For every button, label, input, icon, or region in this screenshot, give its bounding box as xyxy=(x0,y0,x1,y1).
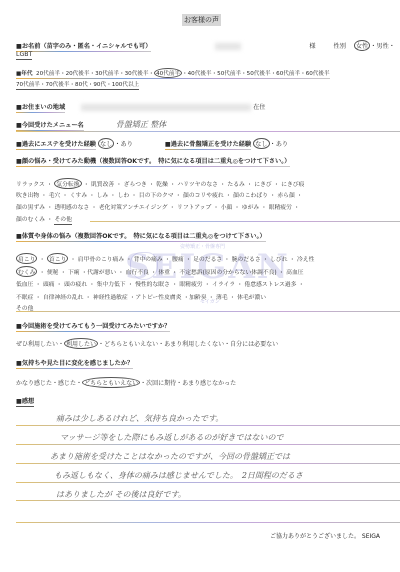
age-option[interactable]: 30代前半 xyxy=(95,71,119,77)
age-option[interactable]: 70代前半 xyxy=(16,82,40,88)
age-option[interactable]: 100代以上 xyxy=(112,82,139,88)
esthe-none-selected[interactable]: なし xyxy=(98,138,114,149)
face-options-line1: リラックス ・ 気分転換 ・ 肌質改善 ・ ざらつき ・ 乾燥 ・ ハリツヤのな… xyxy=(16,178,304,189)
face-option-selected[interactable]: 気分転換 xyxy=(54,178,81,189)
gender-male[interactable]: 男性 xyxy=(376,43,388,50)
menu-underline xyxy=(16,131,400,132)
age-option[interactable]: 50代後半 xyxy=(247,71,271,77)
age-option-selected[interactable]: 40代前半 xyxy=(154,68,182,78)
repeat-section-label: ■今回施術を受けてみてもう一回受けてみたいですか？ xyxy=(16,323,170,332)
age-option[interactable]: 60代前半 xyxy=(276,71,300,77)
body-option-selected[interactable]: むくみ xyxy=(16,266,37,277)
age-option[interactable]: 20代前半 xyxy=(36,71,60,77)
face-options-line3: 顔の黒ずみ ・ 透明感のなさ ・ 老化対策アンチエイジング ・ リフトアップ ・… xyxy=(16,202,300,211)
impression-line-5: はありましたが その後は良好です。 xyxy=(56,489,186,500)
face-options-line2: 吹き出物 ・ 毛穴 ・ くすみ ・ しみ ・ しわ ・ 目の下のクマ ・ 顔のコ… xyxy=(16,190,302,199)
age-row: ■年代 20代前半・20代後半・30代前半・30代後半・40代前半・40代後半・… xyxy=(16,68,330,78)
esthe-experience-label: ■過去にエステを受けた経験 xyxy=(16,141,96,150)
menu-value-handwritten: 骨盤矯正 整体 xyxy=(116,120,167,129)
age-row-2: 70代前半・70代後半・80代・90代・100代以上 xyxy=(16,80,139,88)
repeat-option[interactable]: ぜひ利用したい xyxy=(16,341,58,348)
body-underline xyxy=(16,311,400,312)
impression-line-4: もみ返しもなく、身体の痛みは感じませんでした。 2日間程のだるさ xyxy=(54,470,303,481)
face-options-line4: 顔のむくみ ・ その他 xyxy=(16,214,72,223)
page-title: お客様の声 xyxy=(182,14,221,26)
body-section-label: ■体質や身体の悩み（複数回答OKです。 特に気になる項目は二重丸◎をつけて下さい… xyxy=(16,233,266,242)
menu-row: ■今回受けたメニュー名 骨盤矯正 整体 xyxy=(16,119,166,130)
address-label: ■お住まいの地域 xyxy=(16,104,65,113)
name-row: ■お名前（苗字のみ・匿名・イニシャルでも可） 様 性別 女性・男性・ xyxy=(16,40,395,51)
address-blurred xyxy=(81,104,251,111)
body-section-heading: ■体質や身体の悩み（複数回答OKです。 特に気になる項目は二重丸◎をつけて下さい… xyxy=(16,231,266,240)
repeat-option[interactable]: 自分には必要ない xyxy=(230,341,278,348)
address-row: ■お住まいの地域 在住 xyxy=(16,102,265,111)
ruled-line xyxy=(16,425,400,426)
name-blurred xyxy=(215,43,241,50)
ruled-line xyxy=(16,500,400,501)
body-options-line3: 低血圧 ・ 頭痛 ・ 頭の疲れ ・ 集中力低下 ・ 慢性的な眠さ ・ 眼精疲労 … xyxy=(16,279,304,288)
address-suffix: 在住 xyxy=(253,104,265,111)
body-options-line4: 不眠症 ・ 自律神経の乱れ ・ 神経性過敏症 ・アトピー性皮膚炎 ・加齢臭 ・ … xyxy=(16,292,266,301)
name-suffix: 様 xyxy=(309,43,315,50)
impression-line-1: 痛みは少しあるけれど、気持ち良かったです。 xyxy=(56,413,223,424)
age-option[interactable]: 80代 xyxy=(75,82,88,88)
repeat-option[interactable]: あまり利用したくない xyxy=(164,341,224,348)
face-section-heading: ■顔の悩み・受けてみた動機（複数回答OKです。 特に気になる項目は二重丸◎をつけ… xyxy=(16,156,290,165)
repeat-section-heading: ■今回施術を受けてみてもう一回受けてみたいですか？ xyxy=(16,321,170,330)
gender-lgbt[interactable]: LGBT xyxy=(16,51,32,60)
face-option-text: ・ 肌質改善 ・ ざらつき ・ 乾燥 ・ ハリツヤのなさ ・ たるみ ・ にきび… xyxy=(82,182,305,188)
gender-lgbt-row: LGBT xyxy=(16,51,32,58)
face-option-other[interactable]: その他 xyxy=(54,217,71,225)
repeat-option[interactable]: どちらともいえない xyxy=(104,341,158,348)
seitai-yes[interactable]: あり xyxy=(276,141,288,148)
menu-label: ■今回受けたメニュー名 xyxy=(16,122,84,131)
body-option-selected[interactable]: 首こり xyxy=(47,253,68,264)
face-option-text: リラックス ・ xyxy=(16,182,54,188)
body-options-line1: 肩こり ・ 首こり ・ 肩甲骨のこり痛み ・ 背中の痛み ・ 腰痛 ・ 足のだる… xyxy=(16,253,314,264)
impression-line-3: あまり施術を受けたことはなかったのですが、今回の骨盤矯正では xyxy=(50,451,290,462)
experience-row: ■過去にエステを受けた経験 なし・あり ■過去に骨盤矯正を受けた経験 なし・あり xyxy=(16,138,288,149)
change-option[interactable]: 感じた xyxy=(58,380,76,387)
gender-female-selected[interactable]: 女性 xyxy=(354,40,370,51)
seitai-experience-label: ■過去に骨盤矯正を受けた経験 xyxy=(165,141,251,150)
change-option[interactable]: あまり感じなかった xyxy=(182,380,236,387)
body-option-selected[interactable]: 肩こり xyxy=(16,253,37,264)
impression-line-2: マッサージ等をした際にもみ返しがあるのが好きではないので xyxy=(60,432,284,443)
name-label: ■お名前（苗字のみ・匿名・イニシャルでも可） xyxy=(16,43,151,52)
age-label: ■年代 xyxy=(16,71,32,77)
change-section-label: ■気持ちや見た目に変化を感じましたか？ xyxy=(16,360,133,369)
age-option[interactable]: 20代後半 xyxy=(66,71,90,77)
age-option[interactable]: 70代後半 xyxy=(46,82,70,88)
repeat-option-selected[interactable]: 利用したい xyxy=(64,338,98,349)
body-option-text: ・ 便秘 ・ 下痢 ・代謝が悪い ・ 血行不良 ・ 体重 ・ 不定愁訴(原因の分… xyxy=(37,270,303,276)
customer-voice-form: お客様の声 ■お名前（苗字のみ・匿名・イニシャルでも可） 様 性別 女性・男性・… xyxy=(0,0,400,572)
change-option[interactable]: かなり感じた xyxy=(16,380,52,387)
body-options-line2: むくみ ・ 便秘 ・ 下痢 ・代謝が悪い ・ 血行不良 ・ 体重 ・ 不定愁訴(… xyxy=(16,266,304,277)
change-option[interactable]: 次回に期待 xyxy=(146,380,176,387)
impressions-heading: ■感想 xyxy=(16,396,34,405)
change-option-selected[interactable]: どちらともいえない xyxy=(82,377,140,388)
seitai-none-selected[interactable]: なし xyxy=(253,138,269,149)
footer-thanks: ご協力ありがとうございました。 SEIGA xyxy=(270,531,380,540)
repeat-options: ぜひ利用したい・利用したい・どちらともいえない・あまり利用したくない・自分には必… xyxy=(16,338,278,349)
age-option[interactable]: 30代後半 xyxy=(125,71,149,77)
change-options: かなり感じた・感じた・どちらともいえない・次回に期待・あまり感じなかった xyxy=(16,377,236,388)
face-underline xyxy=(90,221,400,222)
ruled-line xyxy=(16,522,400,523)
gender-label: 性別 xyxy=(334,43,346,50)
ruled-line xyxy=(16,444,400,445)
age-option[interactable]: 40代後半 xyxy=(188,71,212,77)
face-option-text: 顔のむくみ ・ xyxy=(16,217,54,223)
ruled-line xyxy=(16,482,400,483)
esthe-yes[interactable]: あり xyxy=(121,141,133,148)
ruled-line xyxy=(16,463,400,464)
face-section-label: ■顔の悩み・受けてみた動機（複数回答OKです。 特に気になる項目は二重丸◎をつけ… xyxy=(16,158,290,167)
age-option[interactable]: 90代 xyxy=(93,82,106,88)
age-option[interactable]: 60代後半 xyxy=(306,71,330,77)
age-option[interactable]: 50代前半 xyxy=(217,71,241,77)
change-section-heading: ■気持ちや見た目に変化を感じましたか？ xyxy=(16,358,133,367)
body-option-text: ・ 肩甲骨のこり痛み ・ 背中の痛み ・ 腰痛 ・ 足のだるさ ・ 腕のだるさ … xyxy=(68,257,314,263)
impressions-label: ■感想 xyxy=(16,398,34,407)
